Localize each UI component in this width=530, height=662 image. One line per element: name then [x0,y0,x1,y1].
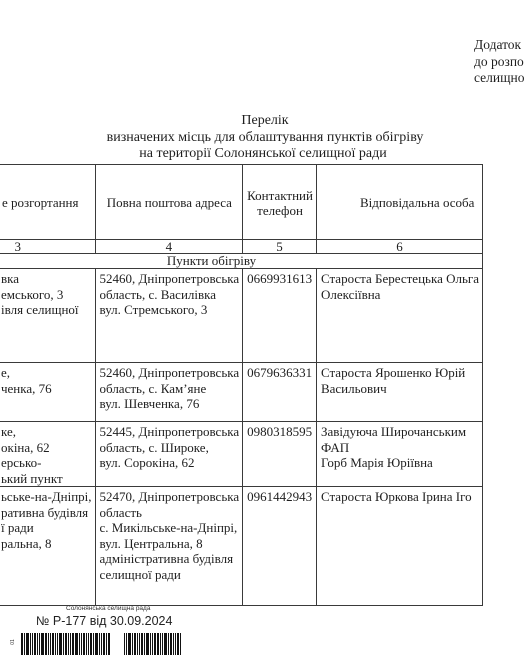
barcode-icon [21,633,195,655]
column-number: 4 [95,240,243,254]
appendix-note: Додаток до розпо селищно [474,37,524,87]
phone-cell: 0961442943 [243,487,317,606]
place-cell: е, ченка, 76 [0,363,95,422]
place-cell: вка емського, 3 івля селищної [0,269,95,363]
barcode-prefix: 01 [10,639,16,645]
phone-cell: 0679636331 [243,363,317,422]
address-cell: 52460, Дніпропетровська область, с. Васи… [95,269,243,363]
phone-cell: 0669931613 [243,269,317,363]
table-row: е, ченка, 76 52460, Дніпропетровська обл… [0,363,483,422]
section-row: Пункти обігріву [0,254,483,269]
heating-points-table: е розгортання Повна поштова адреса Конта… [0,164,483,606]
column-number: 5 [243,240,317,254]
header-responsible-person: Відповідальна особа [316,165,482,240]
phone-cell: 0980318595 [243,422,317,487]
appendix-line: селищно [474,70,524,87]
header-deployment-place: е розгортання [0,165,95,240]
document-title: Перелік визначених місць для облаштуванн… [0,113,530,163]
table-header-row: е розгортання Повна поштова адреса Конта… [0,165,483,240]
appendix-line: до розпо [474,54,524,71]
title-line: визначених місць для облаштування пункті… [0,130,530,147]
column-number-row: 3 4 5 6 [0,240,483,254]
header-postal-address: Повна поштова адреса [95,165,243,240]
stamp-organization: Солонянська селищна рада [66,605,150,612]
column-number: 6 [316,240,482,254]
stamp-registration-number: № Р-177 від 30.09.2024 [36,614,172,628]
section-title: Пункти обігріву [0,254,483,269]
title-line: на території Солонянської селищної ради [0,146,530,163]
place-cell: ьське-на-Дніпрі, ративна будівля ї ради … [0,487,95,606]
person-cell: Староста Юркова Ірина Іго [316,487,482,606]
header-contact-phone: Контактний телефон [243,165,317,240]
address-cell: 52470, Дніпропетровська область с. Микіл… [95,487,243,606]
title-line: Перелік [0,113,530,130]
person-cell: Староста Ярошенко Юрій Васильович [316,363,482,422]
table-row: вка емського, 3 івля селищної 52460, Дні… [0,269,483,363]
address-cell: 52445, Дніпропетровська область, с. Широ… [95,422,243,487]
place-cell: ке, окіна, 62 ерсько- ький пункт [0,422,95,487]
table-row: ьське-на-Дніпрі, ративна будівля ї ради … [0,487,483,606]
address-cell: 52460, Дніпропетровська область, с. Кам’… [95,363,243,422]
column-number: 3 [0,240,95,254]
table-row: ке, окіна, 62 ерсько- ький пункт 52445, … [0,422,483,487]
appendix-line: Додаток [474,37,524,54]
person-cell: Завідуюча Широчанським ФАП Горб Марія Юр… [316,422,482,487]
person-cell: Староста Берестецька Ольга Олексіївна [316,269,482,363]
